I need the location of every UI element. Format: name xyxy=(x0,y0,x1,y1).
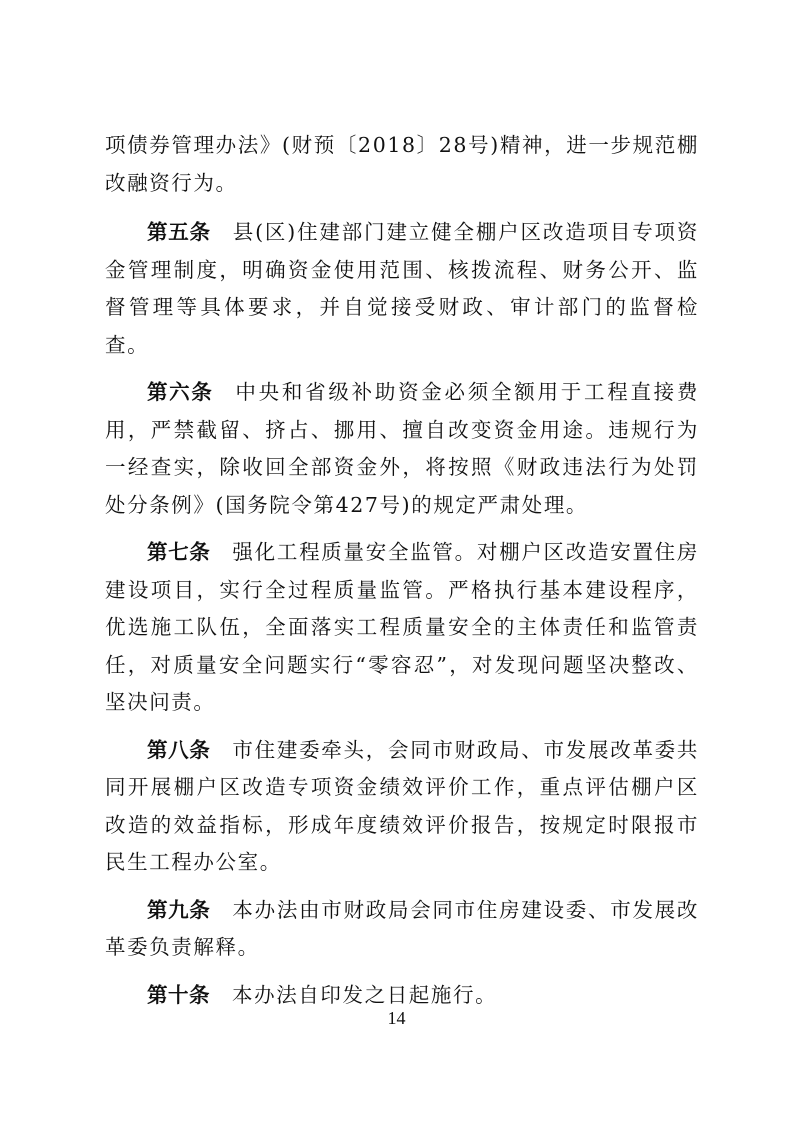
article-label: 第十条 xyxy=(147,983,210,1007)
continuation-paragraph: 项债券管理办法》(财预〔2018〕28号)精神，进一步规范棚改融资行为。 xyxy=(105,127,699,202)
document-body: 项债券管理办法》(财预〔2018〕28号)精神，进一步规范棚改融资行为。 第五条… xyxy=(105,127,699,1024)
article-7: 第七条强化工程质量安全监管。对棚户区改造安置住房建设项目，实行全过程质量监管。严… xyxy=(105,534,699,722)
article-text: 本办法自印发之日起施行。 xyxy=(232,983,497,1007)
article-text: 强化工程质量安全监管。对棚户区改造安置住房建设项目，实行全过程质量监管。严格执行… xyxy=(105,540,699,714)
article-8: 第八条市住建委牵头，会同市财政局、市发展改革委共同开展棚户区改造专项资金绩效评价… xyxy=(105,732,699,882)
article-label: 第七条 xyxy=(147,540,210,564)
article-6: 第六条中央和省级补助资金必须全额用于工程直接费用，严禁截留、挤占、挪用、擅自改变… xyxy=(105,374,699,524)
page-number: 14 xyxy=(0,1008,793,1029)
article-label: 第八条 xyxy=(147,738,210,762)
article-9: 第九条本办法由市财政局会同市住房建设委、市发展改革委负责解释。 xyxy=(105,892,699,967)
article-label: 第五条 xyxy=(147,220,211,244)
article-label: 第六条 xyxy=(147,380,213,404)
article-label: 第九条 xyxy=(147,898,210,922)
article-5: 第五条县(区)住建部门建立健全棚户区改造项目专项资金管理制度，明确资金使用范围、… xyxy=(105,214,699,364)
